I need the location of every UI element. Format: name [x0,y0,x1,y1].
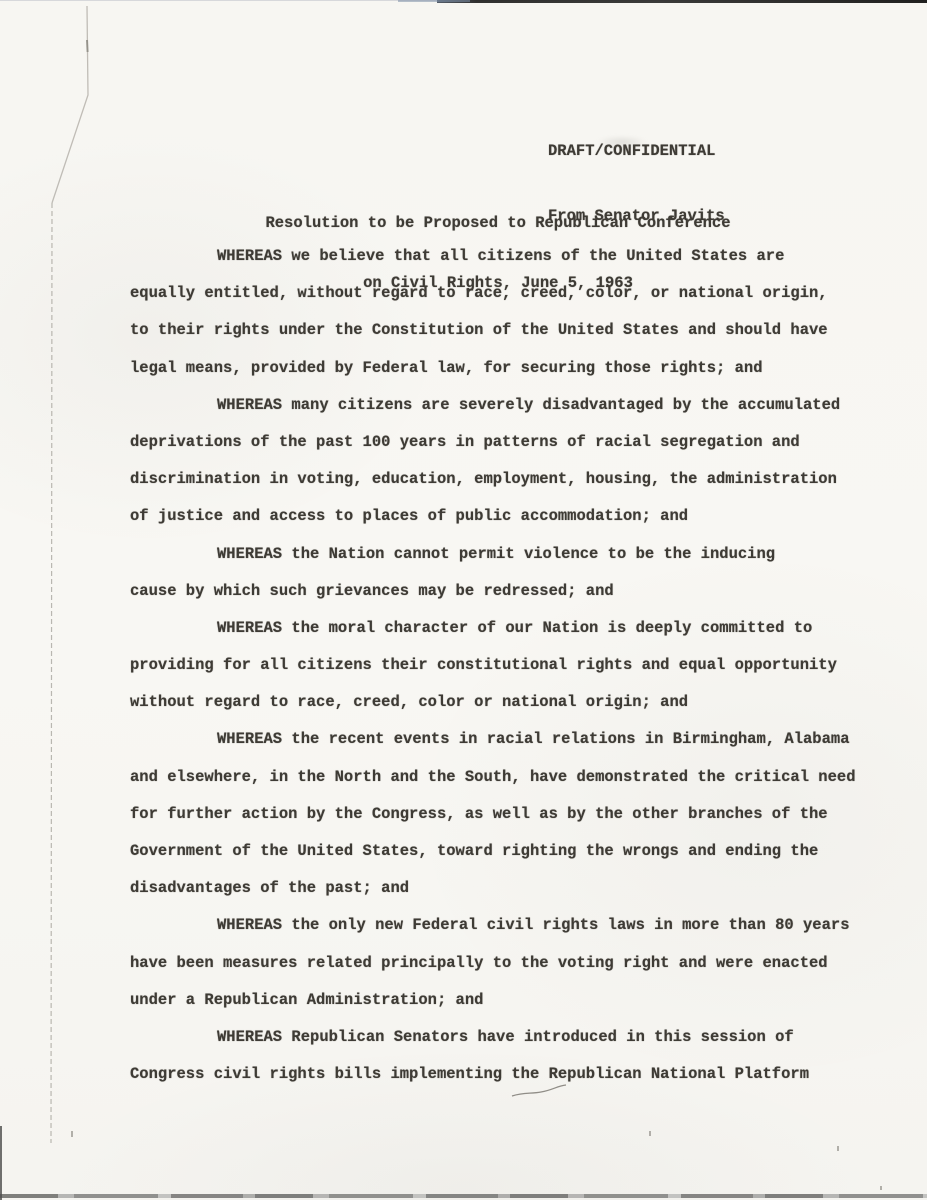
document-line: legal means, provided by Federal law, fo… [130,350,890,387]
document-line: WHEREAS many citizens are severely disad… [130,387,890,424]
document-line: Congress civil rights bills implementing… [130,1056,890,1093]
document-line: disadvantages of the past; and [130,870,890,907]
document-line: Government of the United States, toward … [130,833,890,870]
paragraph: WHEREAS Republican Senators have introdu… [130,1019,890,1093]
document-line: WHEREAS we believe that all citizens of … [130,238,890,275]
document-line: without regard to race, creed, color or … [130,684,890,721]
scan-speck [837,1146,839,1151]
document-line: WHEREAS the recent events in racial rela… [130,721,890,758]
paragraph: WHEREAS the only new Federal civil right… [130,907,890,1019]
document-line: WHEREAS the Nation cannot permit violenc… [130,536,890,573]
paper-crease-vertical [51,203,52,1143]
document-line: equally entitled, without regard to race… [130,275,890,312]
scan-edge-bottom [0,1194,927,1198]
scan-edge-left [0,1126,2,1200]
document-line: to their rights under the Constitution o… [130,312,890,349]
document-line: discrimination in voting, education, emp… [130,461,890,498]
scan-speck [71,1131,73,1137]
document-line: for further action by the Congress, as w… [130,796,890,833]
document-line: of justice and access to places of publi… [130,498,890,535]
document-line: providing for all citizens their constit… [130,647,890,684]
document-line: WHEREAS Republican Senators have introdu… [130,1019,890,1056]
scan-speck [649,1131,651,1136]
paragraph: WHEREAS many citizens are severely disad… [130,387,890,536]
document-line: deprivations of the past 100 years in pa… [130,424,890,461]
title-line-1: Resolution to be Proposed to Republican … [69,213,927,233]
scan-speck [880,1186,882,1190]
document-line: under a Republican Administration; and [130,982,890,1019]
scan-edge-top [437,0,927,3]
document-line: WHEREAS the only new Federal civil right… [130,907,890,944]
scan-smudge [596,136,648,148]
document-line: have been measures related principally t… [130,945,890,982]
document-body: WHEREAS we believe that all citizens of … [130,238,890,1093]
paragraph: WHEREAS the moral character of our Natio… [130,610,890,722]
scanned-document-page: DRAFT/CONFIDENTIAL From Senator Javits R… [0,0,927,1200]
paragraph: WHEREAS we believe that all citizens of … [130,238,890,387]
paragraph: WHEREAS the Nation cannot permit violenc… [130,536,890,610]
paper-crease-dark-dash [87,40,88,52]
document-line: cause by which such grievances may be re… [130,573,890,610]
document-line: WHEREAS the moral character of our Natio… [130,610,890,647]
scan-edge-top-tint [398,0,470,2]
document-line: and elsewhere, in the North and the Sout… [130,759,890,796]
paragraph: WHEREAS the recent events in racial rela… [130,721,890,907]
